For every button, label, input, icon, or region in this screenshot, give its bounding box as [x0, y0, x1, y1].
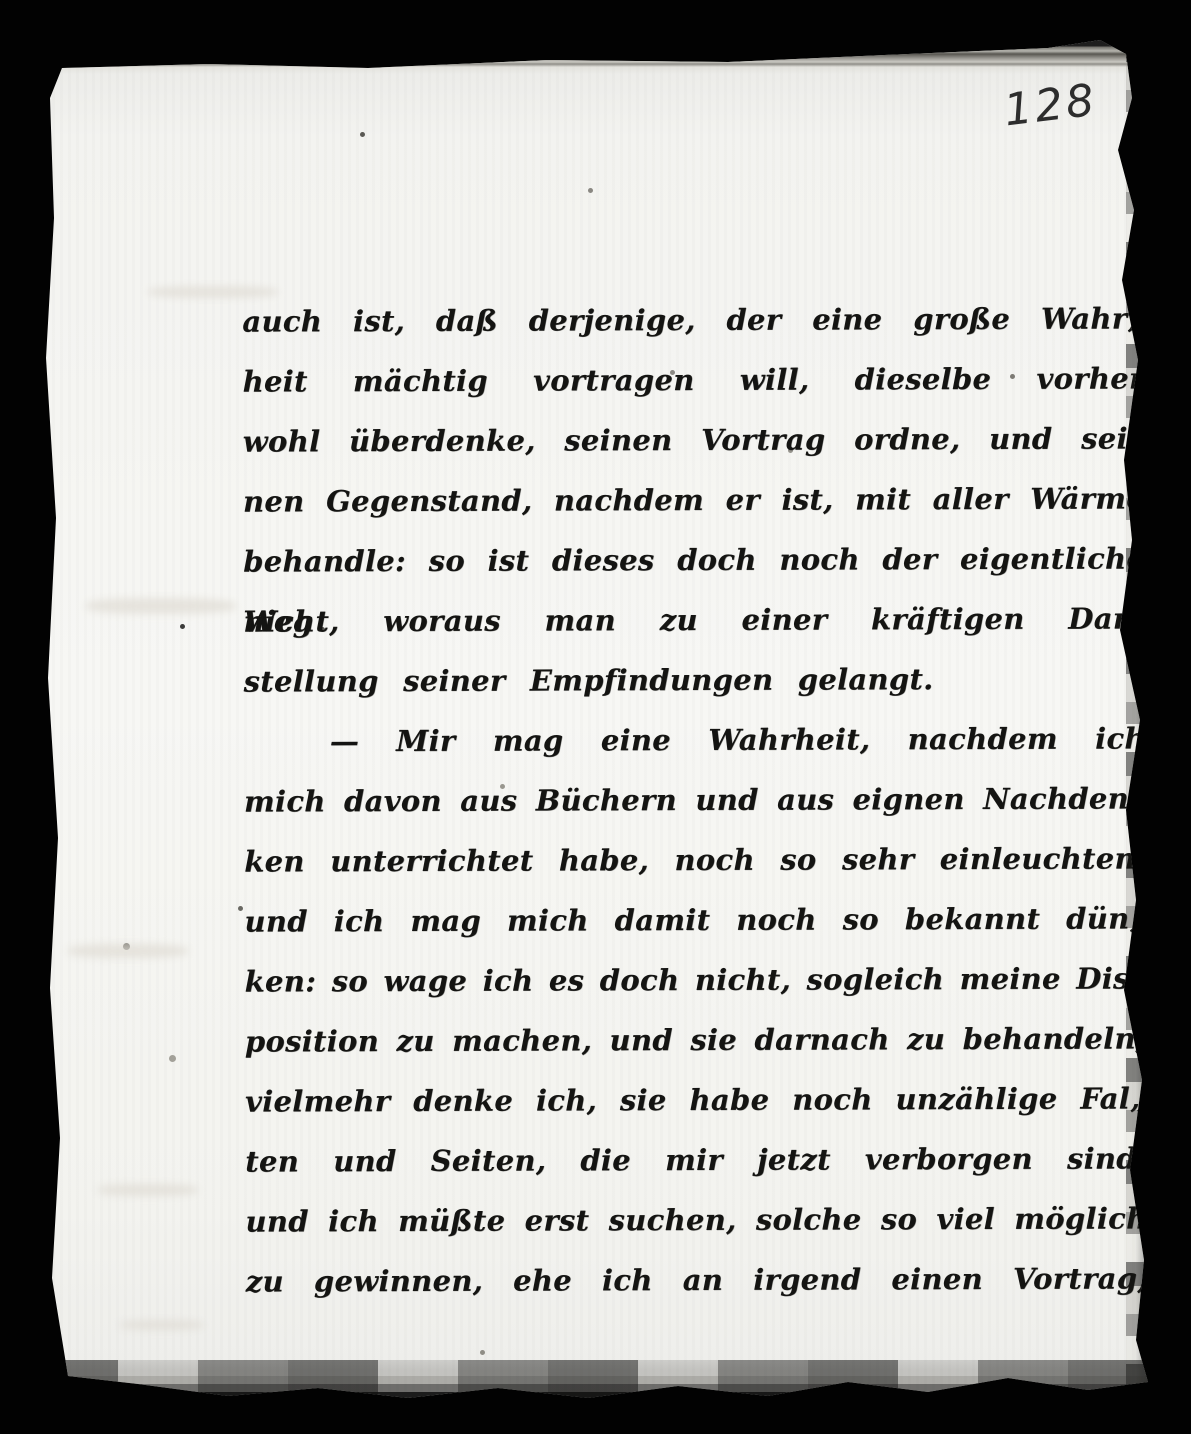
manuscript-line: — Mir mag eine Wahrheit, nachdem ich: [244, 708, 1146, 771]
manuscript-line: zu gewinnen, ehe ich an irgend einen Vor…: [246, 1248, 1148, 1311]
manuscript-text: auch ist, daß derjenige, der eine große …: [242, 288, 1148, 1311]
manuscript-line: nen Gegenstand, nachdem er ist, mit alle…: [243, 468, 1145, 531]
manuscript-line: mich davon aus Büchern und aus eignen Na…: [244, 768, 1146, 831]
manuscript-line: und ich mag mich damit noch so bekannt d…: [244, 888, 1146, 951]
manuscript-line: ten und Seiten, die mir jetzt verborgen …: [245, 1128, 1147, 1191]
paragraph: — Mir mag eine Wahrheit, nachdem ich mic…: [244, 708, 1148, 1311]
paragraph: auch ist, daß derjenige, der eine große …: [242, 288, 1145, 711]
manuscript-line: vielmehr denke ich, sie habe noch unzähl…: [245, 1068, 1147, 1131]
manuscript-line: ken: so wage ich es doch nicht, sogleich…: [245, 948, 1147, 1011]
manuscript-line: stellung seiner Empfindungen gelangt.: [243, 648, 1145, 711]
bleed-through-smudge: [120, 1320, 204, 1330]
manuscript-line: wohl überdenke, seinen Vortrag ordne, un…: [243, 408, 1145, 471]
manuscript-line: auch ist, daß derjenige, der eine große …: [242, 288, 1144, 351]
manuscript-line: nicht, woraus man zu einer kräftigen Dar…: [243, 588, 1145, 651]
manuscript-line: ken unterrichtet habe, noch so sehr einl…: [244, 828, 1146, 891]
paragraph-flourish: —: [330, 724, 359, 758]
manuscript-scan: 128 auch ist, daß derjenige, der eine gr…: [0, 0, 1191, 1434]
torn-edge-bottom: [28, 1360, 1156, 1402]
bleed-through-smudge: [86, 598, 236, 614]
bleed-through-smudge: [68, 944, 188, 958]
bleed-through-smudge: [98, 1184, 198, 1196]
page-number: 128: [1001, 75, 1100, 137]
torn-edge-top: [28, 38, 1156, 74]
manuscript-line: behandle: so ist dieses doch noch der ei…: [243, 528, 1145, 591]
manuscript-line: heit mächtig vortragen will, dieselbe vo…: [242, 348, 1144, 411]
manuscript-line-text: Mir mag eine Wahrheit, nachdem ich: [396, 721, 1146, 758]
manuscript-line: und ich müßte erst suchen, solche so vie…: [245, 1188, 1147, 1251]
page-edge-shadow-left: [28, 38, 42, 1402]
manuscript-page: 128 auch ist, daß derjenige, der eine gr…: [28, 38, 1156, 1402]
manuscript-line: position zu machen, und sie darnach zu b…: [245, 1008, 1147, 1071]
ink-specks: [28, 38, 33, 43]
